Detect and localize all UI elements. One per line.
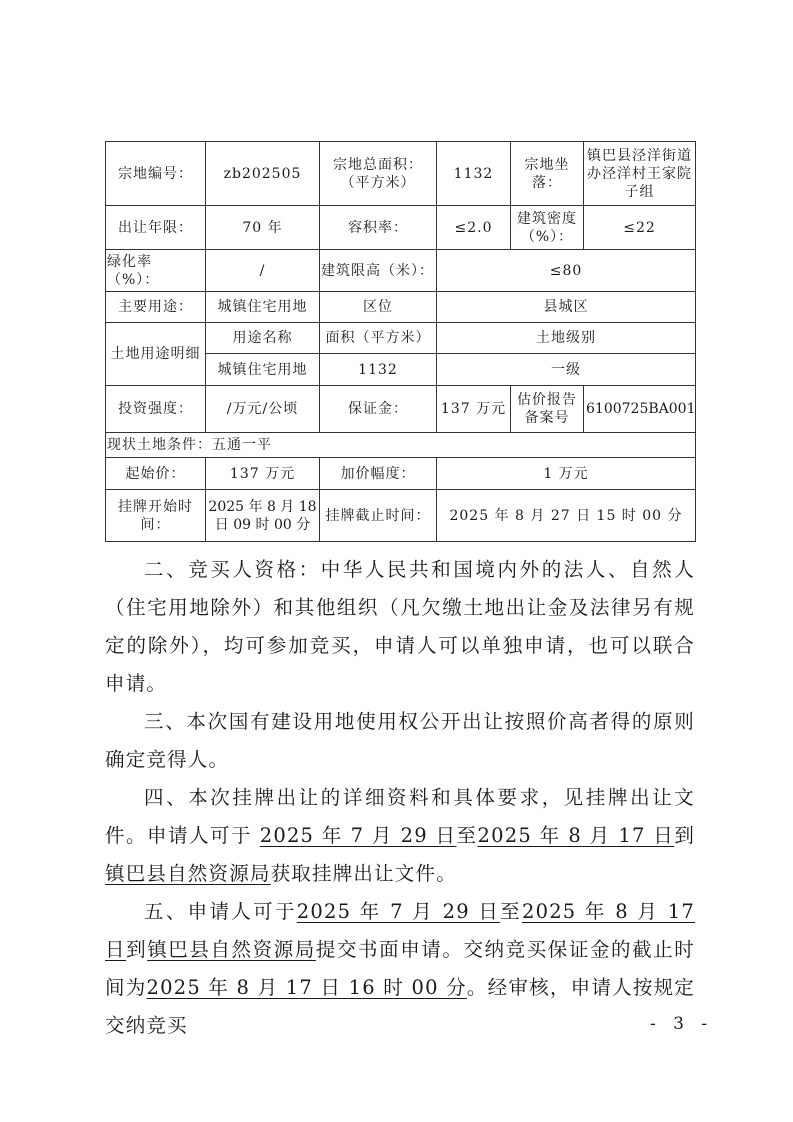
parcel-no-label: 宗地编号： [106,142,206,206]
density-label: 建筑密度（%）： [511,206,584,250]
body-text: 二、竞买人资格：中华人民共和国境内外的法人、自然人（住宅用地除外）和其他组织（凡… [105,551,695,1045]
table-row: 主要用途： 城镇住宅用地 区位 县城区 [106,292,696,323]
invest-value: /万元/公顷 [206,386,320,433]
table-row: 现状土地条件：五通一平 [106,433,696,458]
date-to: 2025 年 8 月 17 日 [478,824,675,847]
deposit-label: 保证金： [320,386,437,433]
land-use-detail-label: 土地用途明细 [106,323,206,386]
land-parcel-table: 宗地编号： zb202505 宗地总面积：（平方米） 1132 宗地坐落： 镇巴… [105,141,696,542]
table-row: 宗地编号： zb202505 宗地总面积：（平方米） 1132 宗地坐落： 镇巴… [106,142,696,206]
start-time-label: 挂牌开始时间： [106,490,206,542]
detail-area: 1132 [320,354,437,386]
location-value: 镇巴县泾洋街道办泾洋村王家院子组 [584,142,696,206]
report-label: 估价报告备案号 [511,386,584,433]
parcel-no-value: zb202505 [206,142,320,206]
date-from: 2025 年 7 月 29 日 [260,824,457,847]
col-area: 面积（平方米） [320,323,437,354]
location-label: 宗地坐落： [511,142,584,206]
paragraph-4: 四、本次挂牌出让的详细资料和具体要求，见挂牌出让文件。申请人可于 2025 年 … [105,779,695,893]
area-label: 宗地总面积：（平方米） [320,142,437,206]
green-label: 绿化率（%）： [106,250,206,292]
start-time-value: 2025 年 8 月 18 日 09 时 00 分 [206,490,320,542]
text: 到 [674,824,695,847]
detail-use-name: 城镇住宅用地 [206,354,320,386]
area-value: 1132 [437,142,511,206]
land-condition: 现状土地条件：五通一平 [106,433,696,458]
table-row: 绿化率（%）： / 建筑限高（米）： ≤80 [106,250,696,292]
height-label: 建筑限高（米）： [320,250,437,292]
zone-label: 区位 [320,292,437,323]
text: 至 [457,824,478,847]
start-price-value: 137 万元 [206,458,320,490]
increment-value: 1 万元 [437,458,696,490]
organization: 镇巴县自然资源局 [147,938,316,961]
table-row: 起始价： 137 万元 加价幅度： 1 万元 [106,458,696,490]
paragraph-2: 二、竞买人资格：中华人民共和国境内外的法人、自然人（住宅用地除外）和其他组织（凡… [105,551,695,703]
date-from: 2025 年 7 月 29 日 [297,900,500,923]
zone-value: 县城区 [437,292,696,323]
start-price-label: 起始价： [106,458,206,490]
deposit-value: 137 万元 [437,386,511,433]
far-value: ≤2.0 [437,206,511,250]
col-grade: 土地级别 [437,323,696,354]
deposit-deadline: 2025 年 8 月 17 日 16 时 00 分 [147,976,467,999]
end-time-value: 2025 年 8 月 27 日 15 时 00 分 [437,490,696,542]
organization: 镇巴县自然资源局 [105,862,271,885]
paragraph-3: 三、本次国有建设用地使用权公开出让按照价高者得的原则确定竞得人。 [105,703,695,779]
paragraph-5: 五、申请人可于2025 年 7 月 29 日至2025 年 8 月 17 日到镇… [105,893,695,1045]
term-value: 70 年 [206,206,320,250]
text: 到 [126,938,147,961]
height-value: ≤80 [437,250,696,292]
end-time-label: 挂牌截止时间： [320,490,437,542]
table-row: 出让年限： 70 年 容积率： ≤2.0 建筑密度（%）： ≤22 [106,206,696,250]
col-use-name: 用途名称 [206,323,320,354]
table-row: 挂牌开始时间： 2025 年 8 月 18 日 09 时 00 分 挂牌截止时间… [106,490,696,542]
document-page: 宗地编号： zb202505 宗地总面积：（平方米） 1132 宗地坐落： 镇巴… [0,0,793,1122]
far-label: 容积率： [320,206,437,250]
increment-label: 加价幅度： [320,458,437,490]
use-value: 城镇住宅用地 [206,292,320,323]
table-row: 投资强度： /万元/公顷 保证金： 137 万元 估价报告备案号 6100725… [106,386,696,433]
text: 获取挂牌出让文件。 [271,862,457,885]
green-value: / [206,250,320,292]
invest-label: 投资强度： [106,386,206,433]
text: 至 [500,900,522,923]
report-no: 6100725BA0010 [584,386,696,433]
use-label: 主要用途： [106,292,206,323]
detail-grade: 一级 [437,354,696,386]
density-value: ≤22 [584,206,696,250]
term-label: 出让年限： [106,206,206,250]
table-row: 土地用途明细 用途名称 面积（平方米） 土地级别 [106,323,696,354]
text: 五、申请人可于 [144,900,297,923]
page-number: - 3 - [650,1014,713,1034]
